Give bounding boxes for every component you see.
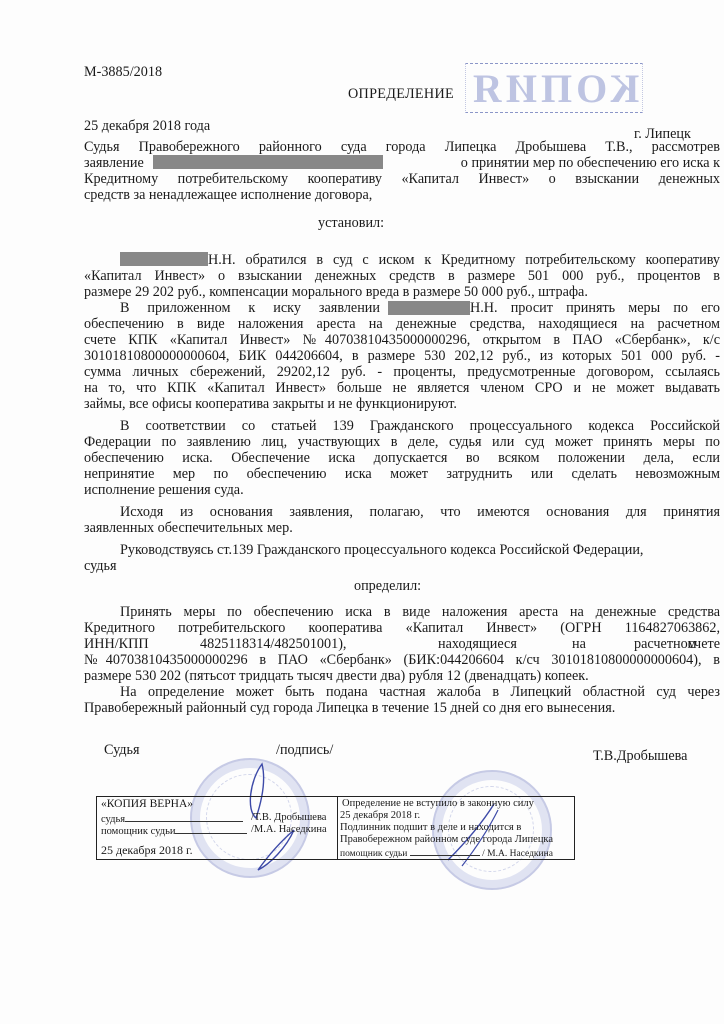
p7-line-2: Правобережный районный суд города Липецк… bbox=[84, 700, 720, 716]
p2-line-5: сумма личных сбережений, 29202,12 руб. -… bbox=[84, 364, 720, 380]
p7-line-1: На определение может быть подана частная… bbox=[120, 684, 720, 700]
p5-line-1: Руководствуясь ст.139 Гражданского проце… bbox=[120, 542, 720, 558]
p6-line-4: №40703810435000000296 в ПАО «Сбербанк» (… bbox=[84, 652, 720, 668]
p1-line-3: размере 29 202 руб., компенсации моральн… bbox=[84, 284, 720, 300]
p3-line-5: исполнение решения суда. bbox=[84, 482, 720, 498]
assistant-signature-line bbox=[175, 824, 247, 834]
redacted-name bbox=[153, 155, 383, 169]
legal-status-box: Определение не вступило в законную силу … bbox=[336, 796, 575, 860]
status-signature-line bbox=[410, 846, 480, 856]
p2-line-6: на то, что КПК «Капитал Инвест» больше н… bbox=[84, 380, 720, 396]
heading-decided: определил: bbox=[354, 578, 421, 594]
signature-name: Т.В.Дробышева bbox=[593, 748, 687, 764]
p4-line-1: Исходя из основания заявления, полагаю, … bbox=[120, 504, 720, 520]
document-date: 25 декабря 2018 года bbox=[84, 118, 210, 134]
heading-established: установил: bbox=[318, 215, 384, 231]
p2-line-2: обеспечению в виде наложения ареста на д… bbox=[84, 316, 720, 332]
copy-stamp: КОПИЯ bbox=[465, 63, 643, 113]
copy-assistant-label: помощник судьи bbox=[101, 826, 175, 837]
copy-assistant-name: /М.А. Наседкина bbox=[251, 824, 327, 837]
copy-verified-box: «КОПИЯ ВЕРНА» судья /Т.В. Дробышева помо… bbox=[96, 796, 338, 860]
p6-line-1: Принять меры по обеспечению иска в виде … bbox=[120, 604, 720, 620]
copy-stamp-text: КОПИЯ bbox=[469, 65, 639, 112]
p3-line-2: Федерации по заявлению лиц, участвующих … bbox=[84, 434, 720, 450]
p5-line-2: судья bbox=[84, 558, 720, 574]
p4-line-2: заявленных обеспечительных мер. bbox=[84, 520, 720, 536]
status-assistant-label: помощник судьи bbox=[340, 849, 407, 859]
intro-line-2b: о принятии мер по обеспечению его иска к bbox=[461, 155, 720, 171]
intro-line-2: заявление о принятии мер по обеспечению … bbox=[84, 155, 720, 171]
signature-role: Судья bbox=[104, 742, 140, 758]
intro-line-4: средств за ненадлежащее исполнение догов… bbox=[84, 187, 720, 203]
status-line-3: Подлинник подшит в деле и находится в bbox=[340, 822, 521, 835]
p2-line-1b: Н.Н. просит принять меры по его bbox=[470, 300, 720, 316]
status-line-4: Правобережном районном суде города Липец… bbox=[340, 834, 553, 847]
judge-signature-line bbox=[125, 812, 243, 822]
intro-line-2a: заявление bbox=[84, 155, 144, 171]
redacted-name bbox=[120, 252, 208, 266]
p1-line-1: Н.Н. обратился в суд с иском к Кредитном… bbox=[84, 252, 720, 268]
redacted-name bbox=[388, 301, 470, 315]
status-line-2: 25 декабря 2018 г. bbox=[340, 810, 420, 823]
case-number: М-3885/2018 bbox=[84, 64, 162, 80]
court-ruling-page: М-3885/2018 ОПРЕДЕЛЕНИЕ КОПИЯ 25 декабря… bbox=[0, 0, 724, 1024]
p1-line-2: «Капитал Инвест» о взыскании денежных ср… bbox=[84, 268, 720, 284]
p2-line-7: займы, все офисы кооператива закрыты и н… bbox=[84, 396, 720, 412]
p2-line-4: 30101810800000000604, БИК 044206604, в р… bbox=[84, 348, 720, 364]
copy-verified-title: «КОПИЯ ВЕРНА» bbox=[101, 798, 193, 811]
p3-line-1: В соответствии со статьей 139 Гражданско… bbox=[120, 418, 720, 434]
signature-mark: /подпись/ bbox=[276, 742, 333, 758]
document-title: ОПРЕДЕЛЕНИЕ bbox=[348, 86, 454, 102]
p3-line-4: непринятие мер по обеспечению иска может… bbox=[84, 466, 720, 482]
intro-line-1: Судья Правобережного районного суда горо… bbox=[84, 139, 720, 155]
p6-line-5: размере 530 202 (пятьсот тридцать тысяч … bbox=[84, 668, 720, 684]
p3-line-3: обеспечению иска. Обеспечение иска допус… bbox=[84, 450, 720, 466]
p2-line-1a: В приложенном к иску заявлении bbox=[120, 300, 380, 316]
p1-line-1b: Н.Н. обратился в суд с иском к Кредитном… bbox=[208, 252, 720, 268]
status-assistant-name: / М.А. Наседкина bbox=[482, 849, 553, 859]
copy-date: 25 декабря 2018 г. bbox=[101, 844, 193, 857]
status-line-1: Определение не вступило в законную силу bbox=[342, 798, 534, 811]
p2-line-3: счете КПК «Капитал Инвест» №407038104350… bbox=[84, 332, 720, 348]
p6-line-2: Кредитного потребительского кооператива … bbox=[84, 620, 720, 636]
intro-line-3: Кредитному потребительскому кооперативу … bbox=[84, 171, 720, 187]
copy-judge-name: /Т.В. Дробышева bbox=[251, 812, 326, 825]
